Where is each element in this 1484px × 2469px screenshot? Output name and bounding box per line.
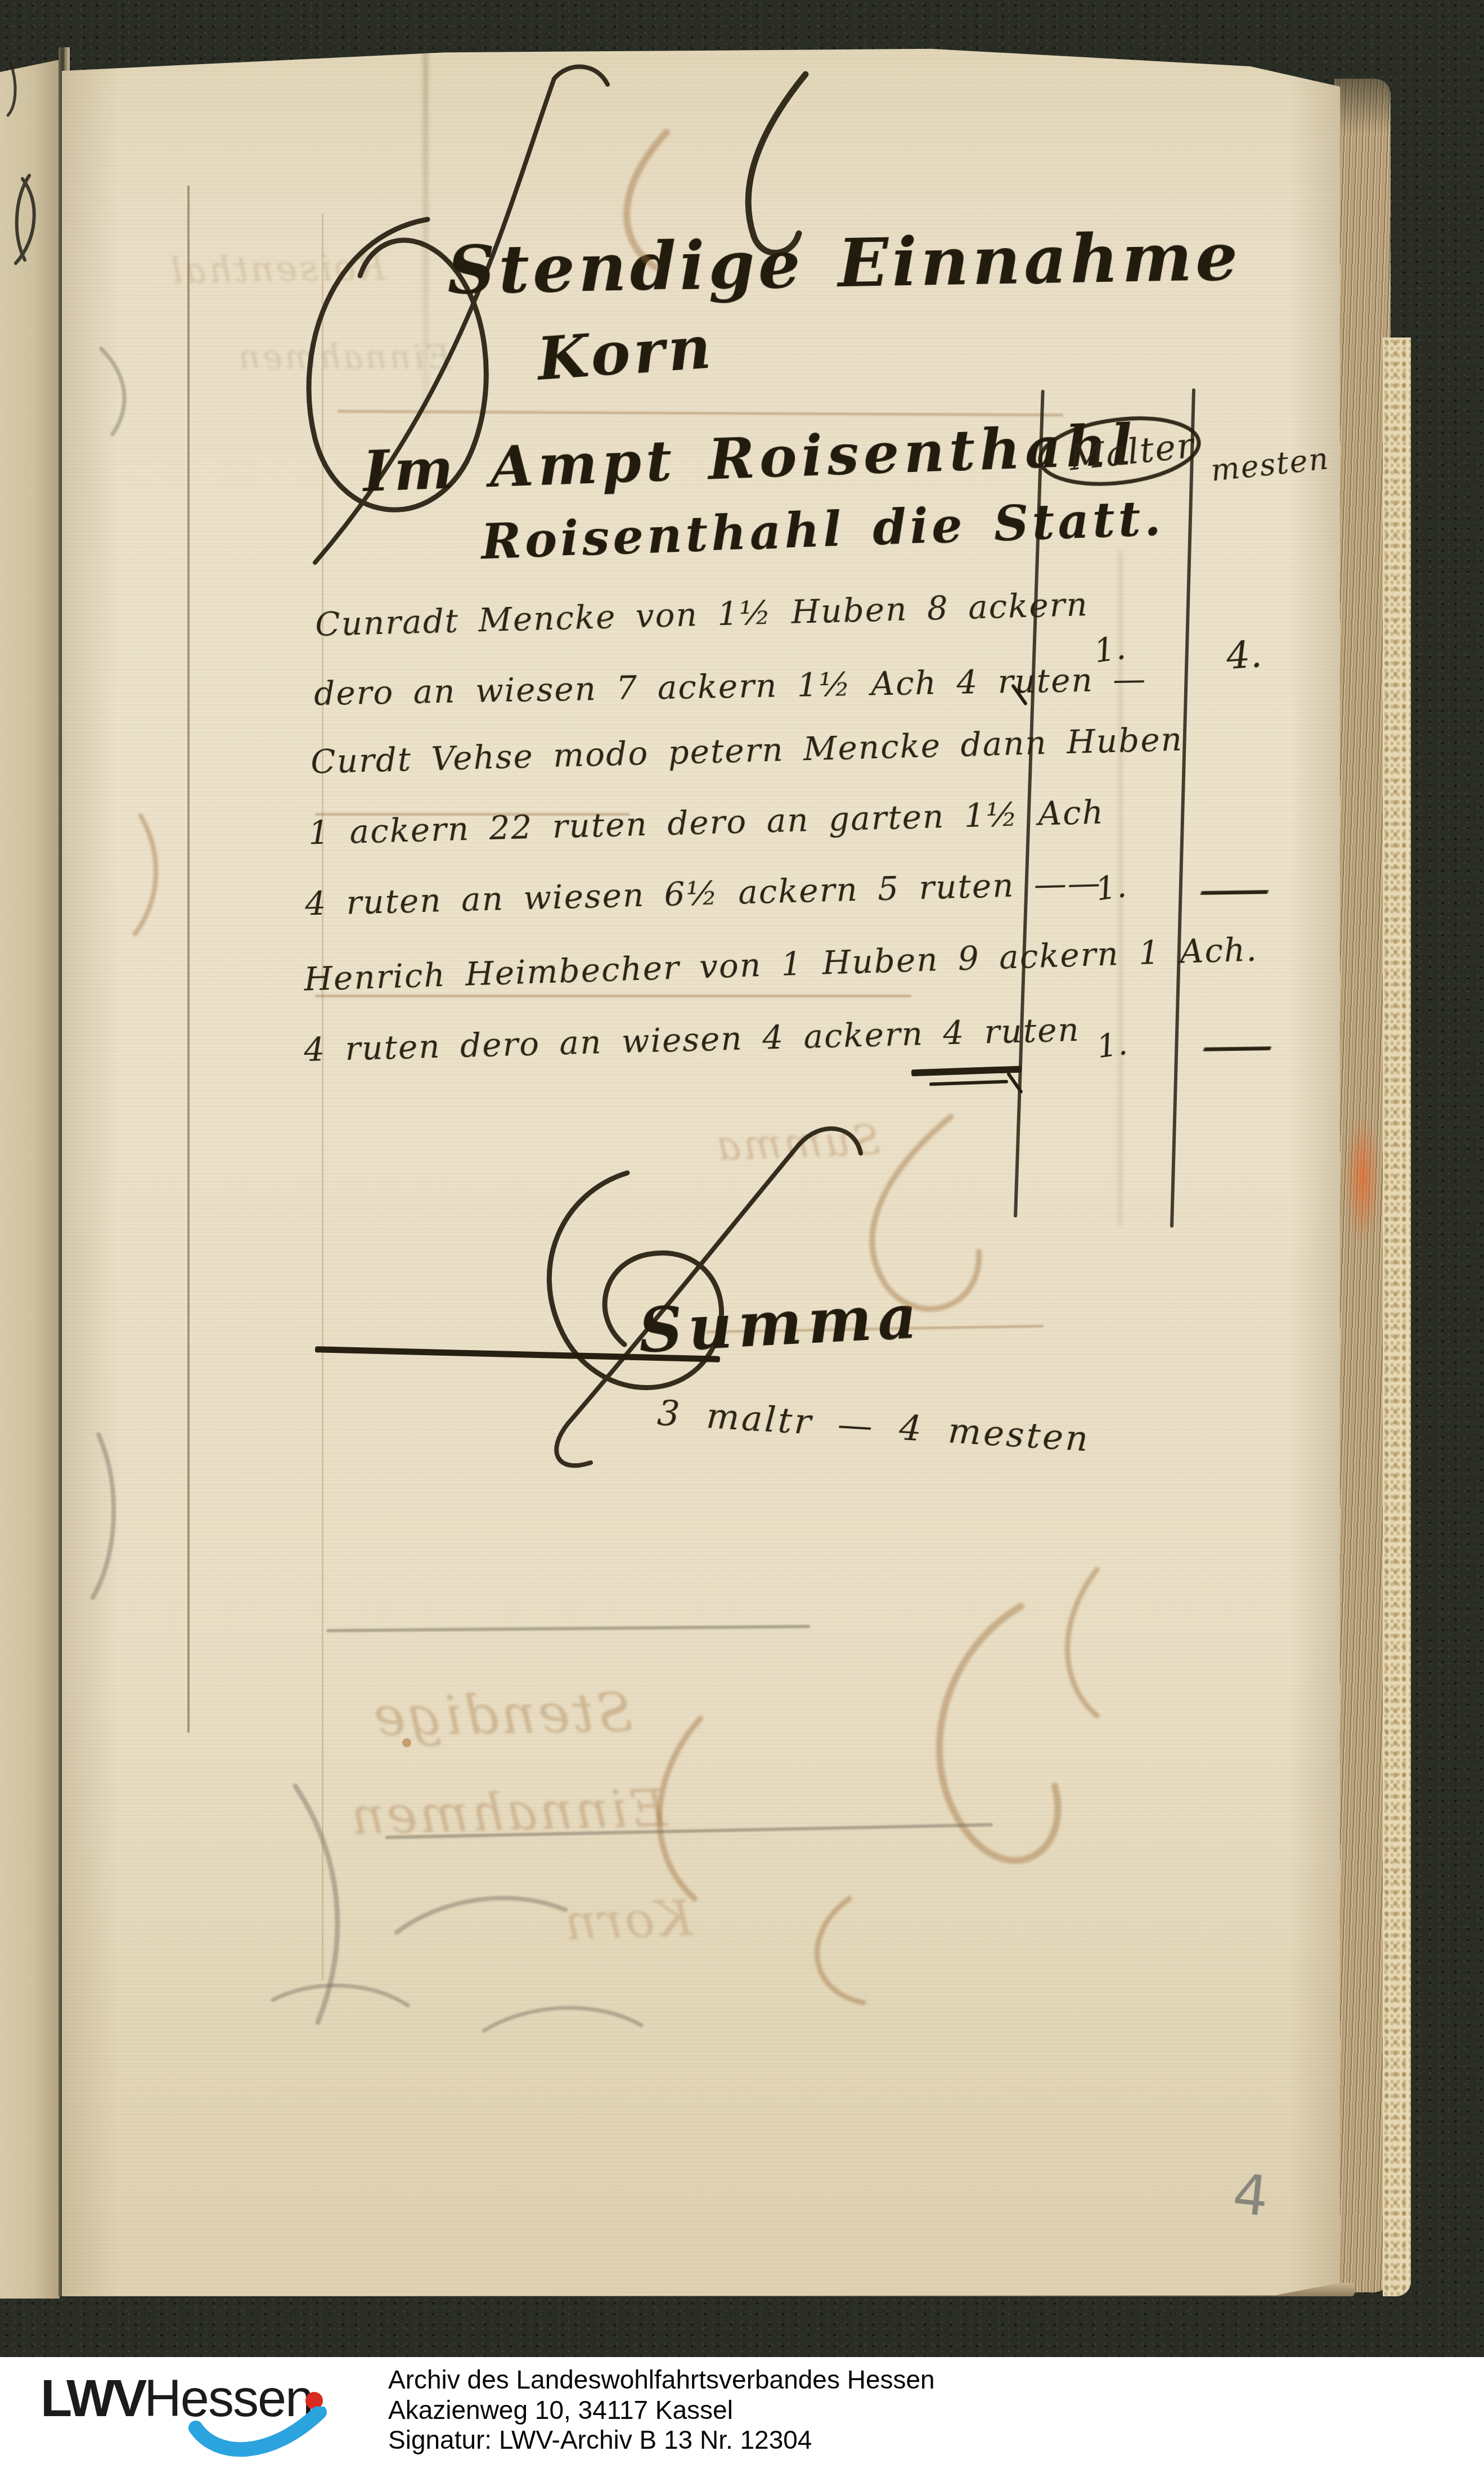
title-line-korn: Korn (535, 312, 717, 394)
ghost-text: Roisenthal (168, 247, 385, 293)
ghost-text: Einnahmen (348, 1778, 668, 1847)
fore-edge-orange-stain (1344, 1114, 1380, 1243)
archive-street: Akazienweg 10, 34117 Kassel (388, 2395, 935, 2426)
value-malter: 1. (1094, 868, 1128, 909)
archive-address-block: Archiv des Landeswohlfahrtsverbandes Hes… (388, 2365, 935, 2455)
summa-label: Summa (637, 1281, 924, 1366)
value-mesten-dash: — (1195, 870, 1274, 910)
logo-swoosh-icon (186, 2407, 332, 2466)
ghost-text: Stendige (371, 1681, 633, 1748)
ghost-text: Summa (714, 1117, 882, 1170)
book-fore-edge (1334, 79, 1391, 2292)
value-mesten-dash: — (1198, 1027, 1276, 1066)
title-line-main: Stendige Einnahme (447, 217, 1242, 309)
archive-footer: LWVHessen Archiv des Landeswohlfahrtsver… (0, 2357, 1484, 2469)
archive-signature: Signatur: LWV-Archiv B 13 Nr. 12304 (388, 2425, 935, 2455)
ghost-text: Korn (561, 1889, 694, 1951)
archive-name: Archiv des Landeswohlfahrtsverbandes Hes… (388, 2365, 935, 2395)
ghost-text: Einnahmen (236, 338, 451, 377)
previous-page-edge (0, 47, 60, 2299)
scan-canvas: Stendige Einnahme Korn Im Ampt Roisentha… (0, 0, 1484, 2469)
logo-lwv-text: LWV (41, 2370, 144, 2427)
manuscript-page (62, 48, 1340, 2296)
margin-rule (187, 186, 190, 1733)
value-malter: 1. (1092, 628, 1128, 670)
page-number-pencil: 4 (1230, 2162, 1271, 2229)
cover-vellum-edge (1383, 338, 1411, 2296)
margin-rule-bleed (322, 214, 323, 1980)
value-malter: 1. (1095, 1026, 1130, 1066)
value-mesten: 4. (1225, 632, 1263, 678)
